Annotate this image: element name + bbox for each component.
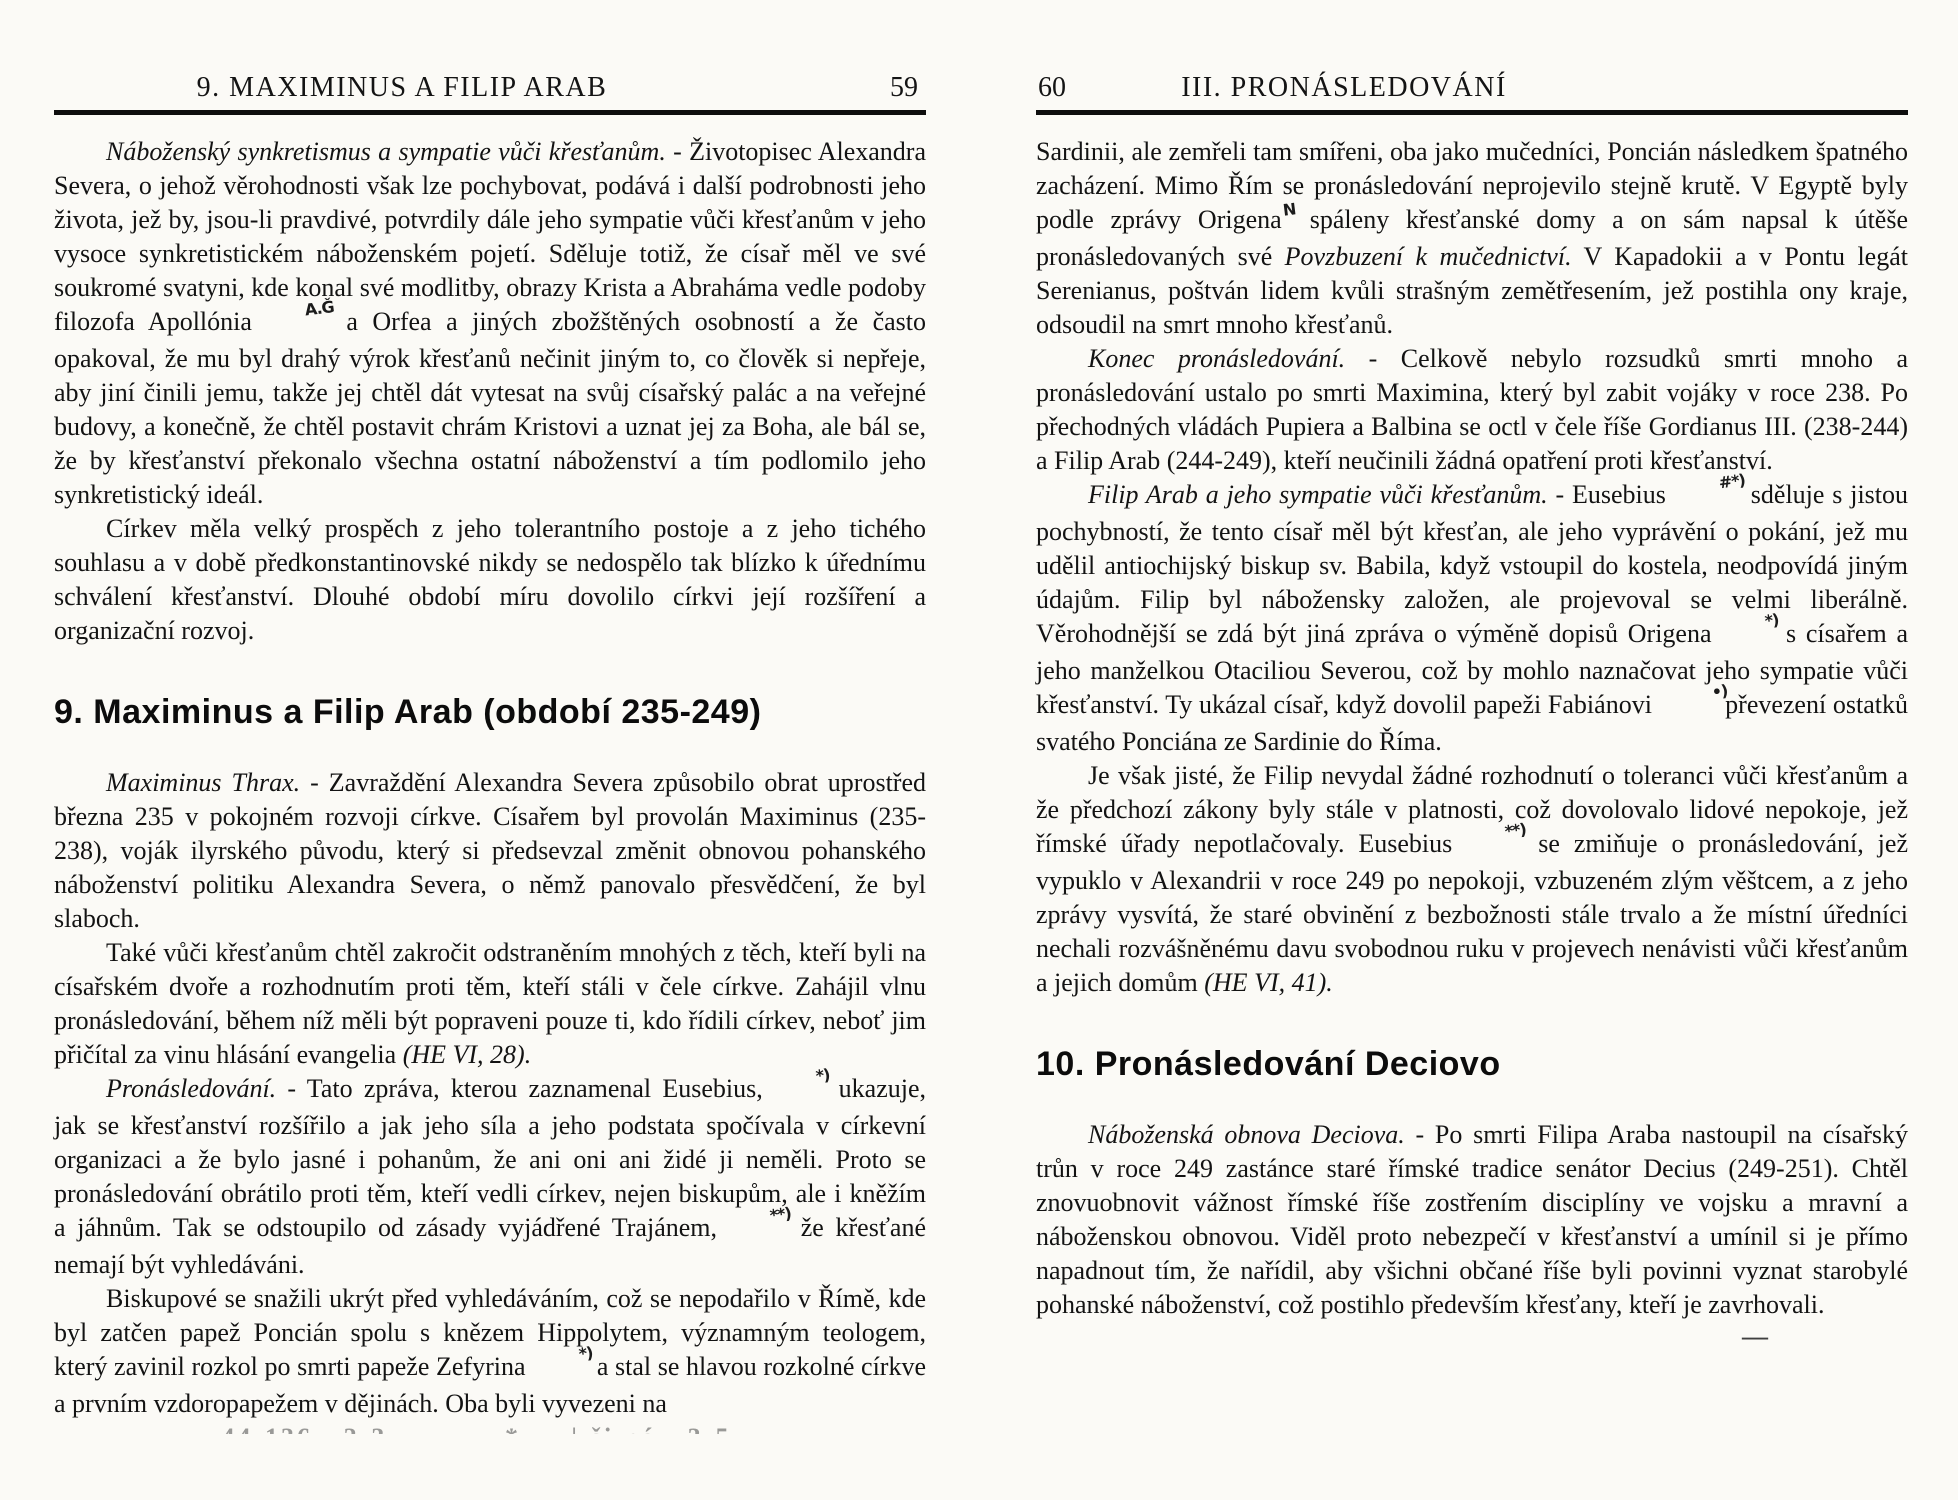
paragraph: Také vůči křesťanům chtěl zakročit odstr… — [54, 936, 926, 1072]
page-header-right: III. PRONÁSLEDOVÁNÍ 60 — [1036, 70, 1908, 108]
paragraph: Filip Arab a jeho sympatie vůči křesťanů… — [1036, 478, 1908, 759]
paragraph: Pronásledování. - Tato zpráva, kterou za… — [54, 1072, 926, 1282]
page-body-left: Náboženský synkretismus a sympatie vůči … — [54, 135, 926, 1434]
header-rule-right — [1036, 110, 1908, 115]
book-scan: 9. MAXIMINUS A FILIP ARAB 59 Náboženský … — [0, 0, 1958, 1500]
body-text: a Orfea a jiných zbožštěných osobností a… — [54, 307, 926, 509]
pencil-dash-annotation: — — [1036, 1322, 1908, 1352]
italic-text: Filip Arab a jeho sympatie vůči křesťanů… — [1088, 480, 1548, 509]
paragraph: Sardinii, ale zemřeli tam smířeni, oba j… — [1036, 135, 1908, 342]
italic-text: Náboženská obnova Deciova. — [1088, 1120, 1405, 1149]
page-header-left: 9. MAXIMINUS A FILIP ARAB 59 — [54, 70, 926, 108]
paragraph: Je však jisté, že Filip nevydal žádné ro… — [1036, 759, 1908, 1000]
italic-text: Maximinus Thrax. — [106, 768, 300, 797]
page-body-right: Sardinii, ale zemřeli tam smířeni, oba j… — [1036, 135, 1908, 1352]
italic-text: (HE VI, 41). — [1204, 968, 1333, 997]
paragraph: Biskupové se snažili ukrýt před vyhledáv… — [54, 1282, 926, 1421]
page-left: 9. MAXIMINUS A FILIP ARAB 59 Náboženský … — [54, 70, 926, 1434]
paragraph: Konec pronásledování. - Celkově nebylo r… — [1036, 342, 1908, 478]
paragraph: Maximinus Thrax. - Zavraždění Alexandra … — [54, 766, 926, 936]
body-text: - Eusebius — [1548, 480, 1666, 509]
pencil-annotation: *) — [525, 1336, 594, 1378]
pencil-annotation: *) — [1711, 603, 1780, 645]
paragraph: Náboženská obnova Deciova. - Po smrti Fi… — [1036, 1118, 1908, 1322]
body-text: - Po smrti Filipa Araba nastoupil na cís… — [1036, 1120, 1908, 1319]
clipped-bottom-line: · ·· ··44·136 - 2·3 ——— ·*— ·| či ná - 3… — [54, 1421, 926, 1434]
italic-text: Povzbuzení k mučednictví. — [1285, 242, 1572, 271]
body-text: - Tato zpráva, kterou zaznamenal Eusebiu… — [276, 1074, 763, 1103]
paragraph: Náboženský synkretismus a sympatie vůči … — [54, 135, 926, 512]
section-heading: 9. Maximinus a Filip Arab (období 235-24… — [54, 692, 926, 732]
paragraph: Církev měla velký prospěch z jeho tolera… — [54, 512, 926, 648]
body-text: Církev měla velký prospěch z jeho tolera… — [54, 514, 926, 645]
italic-text: Konec pronásledování. — [1088, 344, 1345, 373]
header-rule-left — [54, 110, 926, 115]
running-title-left: 9. MAXIMINUS A FILIP ARAB — [0, 70, 838, 106]
pencil-annotation: *) — [762, 1058, 831, 1100]
pencil-annotation: **) — [716, 1197, 793, 1240]
italic-text: (HE VI, 28). — [403, 1040, 532, 1069]
pencil-annotation: **) — [1451, 813, 1528, 856]
pencil-annotation: •) — [1658, 674, 1729, 716]
page-number-right: 60 — [1038, 70, 1066, 106]
italic-text: Pronásledování. — [106, 1074, 276, 1103]
page-right: III. PRONÁSLEDOVÁNÍ 60 Sardinii, ale zem… — [1036, 70, 1908, 1352]
italic-text: Náboženský synkretismus a sympatie vůči … — [106, 137, 666, 166]
section-heading: 10. Pronásledování Deciovo — [1036, 1044, 1908, 1084]
